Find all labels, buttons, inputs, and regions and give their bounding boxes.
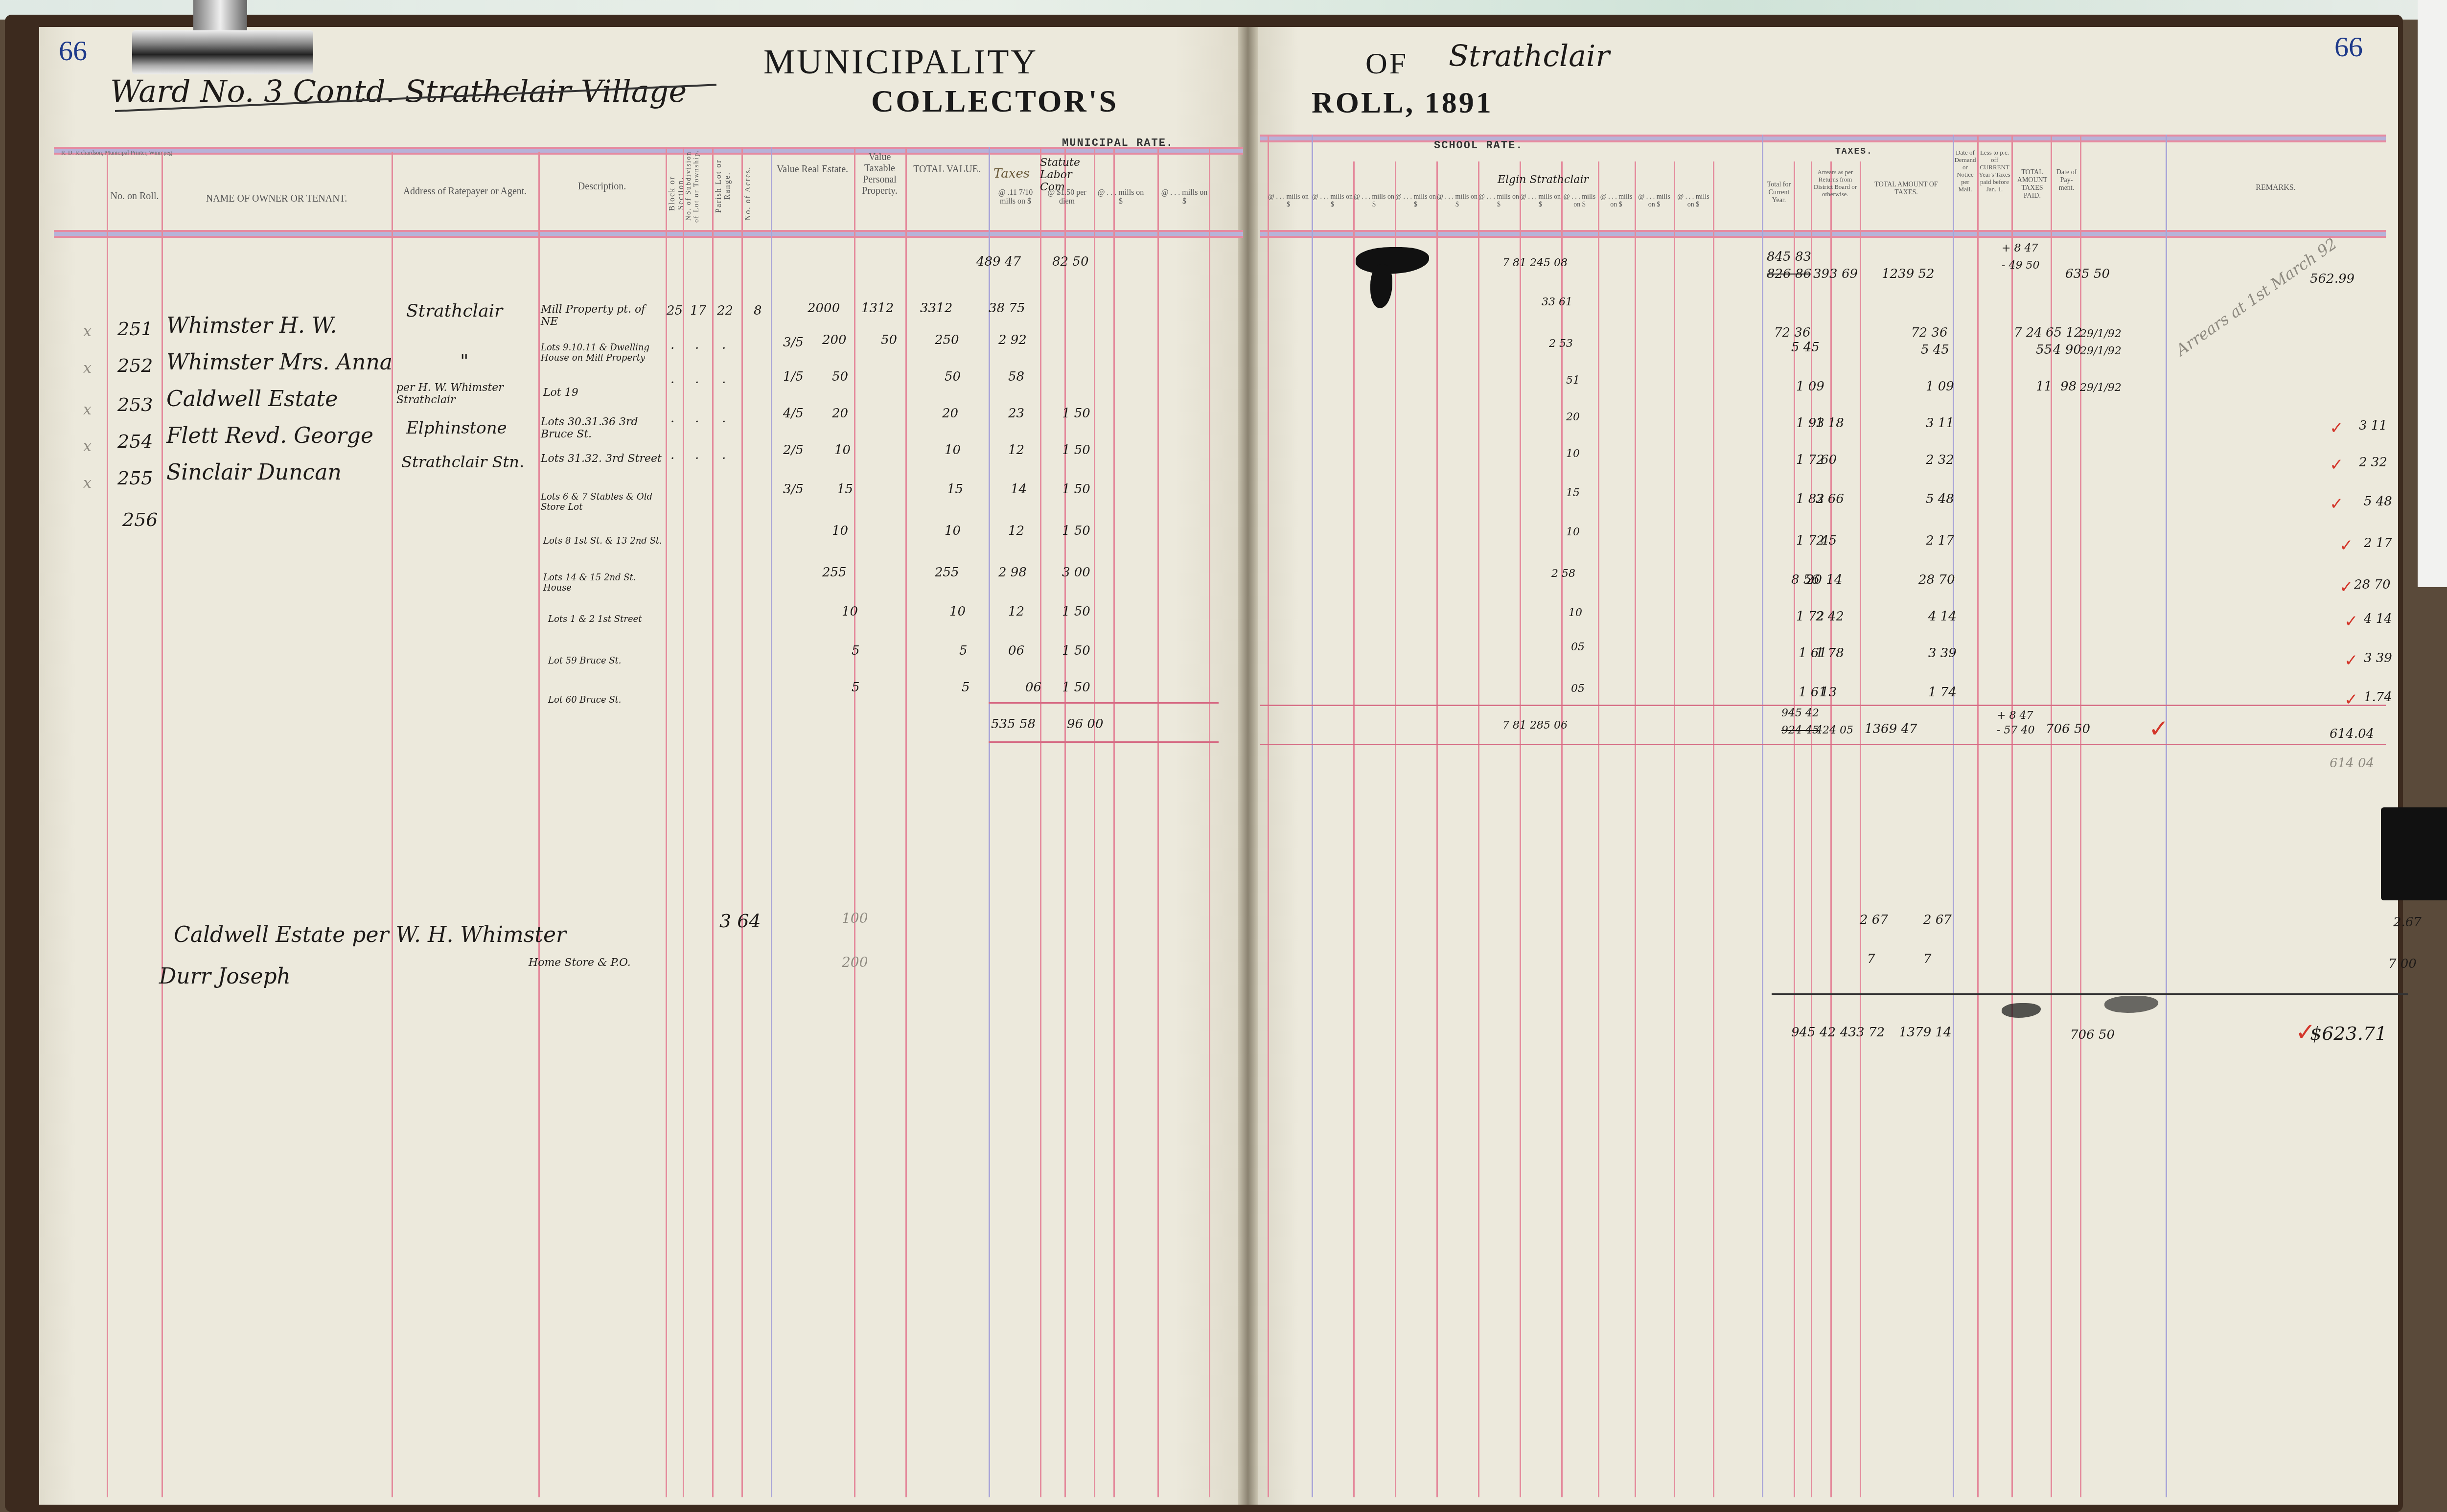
total-taxes: 3 39	[1928, 646, 1957, 661]
red-check-icon: ✓	[2330, 494, 2344, 514]
cf-arrears: 393 69	[1813, 267, 1858, 281]
late-entry-current: 7	[1867, 952, 1875, 966]
total-paid: 706 50	[2046, 722, 2090, 736]
school-tax: 10	[1566, 526, 1580, 538]
muni-tax: 12	[1008, 443, 1024, 458]
col-line	[1312, 135, 1313, 1497]
totals-rule-top-left	[989, 702, 1219, 704]
less-pc: 7 24	[2014, 325, 2042, 340]
col-line	[1635, 161, 1636, 1497]
col-line	[2011, 135, 2013, 1497]
description: Lots 30.31.36 3rd Bruce St.	[541, 416, 663, 440]
grand-arrears: 433 72	[1840, 1025, 1885, 1040]
school-tax: 20	[1566, 411, 1580, 423]
col-line	[1094, 147, 1095, 1497]
parish-lot: .	[722, 372, 726, 387]
cf-remarks: 562.99	[2310, 272, 2355, 286]
total-taxes: 4 14	[1928, 609, 1957, 624]
municipality-name: Strathclair	[1449, 39, 1610, 73]
row-mark: x	[83, 323, 92, 340]
parish-lot: .	[722, 411, 726, 426]
late-entry-left-amount: 3 64	[719, 910, 761, 932]
col-line	[1268, 135, 1269, 1497]
grand-current: 945 42	[1791, 1025, 1836, 1040]
header-muni-rate-2: @ $1.50 per diem	[1042, 188, 1091, 206]
value-real: 255	[822, 565, 847, 580]
muni-tax: 2 98	[998, 565, 1027, 580]
total-current: 72 36	[1774, 325, 1810, 340]
value-real: 2000	[808, 301, 840, 316]
owner-name: Caldwell Estate	[166, 387, 338, 412]
subdivision: .	[695, 338, 699, 352]
owner-name: Whimster H. W.	[166, 313, 337, 338]
roll-number: 252	[117, 355, 153, 376]
less-pc: 55	[2036, 343, 2052, 357]
total-arrears: 424 05	[1816, 724, 1853, 736]
statute-labor: 3 00	[1062, 565, 1090, 580]
late-entry-remark: 2.67	[2393, 915, 2422, 930]
acres: 1/5	[783, 369, 804, 384]
subdivision: .	[695, 411, 699, 426]
header-date-demand: Date of Demand or Notice per Mail.	[1954, 149, 1976, 193]
late-entry-total-taxes: 7	[1923, 952, 1932, 966]
acres: 3/5	[783, 482, 804, 497]
value-personal: 1312	[861, 301, 894, 316]
acres: 8	[754, 303, 762, 318]
title-municipality: MUNICIPALITY	[763, 42, 1038, 82]
total-statute: 96 00	[1067, 717, 1103, 732]
description: Mill Property pt. of NE	[541, 303, 663, 328]
col-line	[741, 147, 743, 1497]
totals-rule-bottom-right	[1260, 744, 2386, 745]
header-date-payment: Date of Pay-ment.	[2053, 169, 2080, 192]
muni-tax: 23	[1008, 406, 1024, 421]
school-tax: 51	[1566, 374, 1580, 387]
header-school-rate-cell: @ . . . mills on $	[1478, 193, 1520, 209]
header-block: Block or Section.	[668, 161, 682, 225]
school-tax: 05	[1571, 683, 1585, 695]
block: .	[670, 372, 674, 387]
statute-labor: 1 50	[1062, 604, 1090, 619]
late-entry-remark: 7 00	[2388, 957, 2417, 971]
date-paid: 29/1/92	[2080, 328, 2122, 340]
header-arrears: Arrears as per Returns from District Boa…	[1813, 169, 1857, 198]
school-tax: 10	[1566, 448, 1580, 460]
late-entry-name: Caldwell Estate per W. H. Whimster	[174, 922, 566, 947]
owner-name: Whimster Mrs. Anna	[166, 350, 392, 375]
grand-total-rule	[1772, 993, 2408, 995]
total-muni: 535 58	[991, 717, 1036, 732]
book-gutter	[1238, 27, 1258, 1505]
side-document	[2418, 0, 2447, 587]
subdivision: 17	[690, 303, 706, 318]
binder-clip-top	[132, 30, 313, 74]
cf-muni: 489 47	[976, 254, 1021, 269]
address: Elphinstone	[406, 418, 507, 438]
header-total-paid: TOTAL AMOUNT TAXES PAID.	[2014, 169, 2051, 200]
total-value: 10	[949, 604, 966, 619]
arrears: 3 66	[1816, 492, 1844, 506]
roll-number: 256	[122, 509, 158, 530]
cf-current-struck: 826 86	[1767, 267, 1811, 281]
header-muni-taxes: Taxes	[993, 166, 1030, 181]
taxes-paid: 65 12	[2046, 325, 2082, 340]
header-statute-labor: Statute Labor Com	[1040, 157, 1099, 193]
value-real: 5	[852, 643, 860, 658]
remark-amount: 2 17	[2364, 536, 2392, 550]
col-line	[1674, 161, 1675, 1497]
cf-total-amount: 1239 52	[1882, 267, 1935, 281]
clip-stem	[193, 0, 247, 34]
header-bottom-rule-right	[1260, 230, 2386, 238]
description: Lot 60 Bruce St.	[548, 695, 622, 705]
header-school-rate-cell: @ . . . mills on $	[1561, 193, 1598, 209]
col-line	[1953, 135, 1954, 1497]
muni-tax: 12	[1008, 524, 1024, 538]
acres: 3/5	[783, 335, 804, 350]
description: Lots 14 & 15 2nd St. House	[543, 573, 666, 593]
row-mark: x	[83, 360, 92, 377]
totals-rule-top-right	[1260, 705, 2386, 706]
header-school-rate-cell: @ . . . mills on $	[1598, 193, 1635, 209]
owner-name: Flett Revd. George	[166, 423, 373, 448]
grand-paid: 706 50	[2070, 1028, 2115, 1042]
late-entry-name: Durr Joseph	[159, 964, 291, 989]
col-line	[1157, 147, 1159, 1497]
col-line	[1353, 161, 1355, 1497]
total-value: 50	[945, 369, 961, 384]
value-real: 20	[832, 406, 848, 421]
title-of: OF	[1365, 46, 1408, 81]
roll-number: 255	[117, 467, 153, 489]
statute-labor: 1 50	[1062, 680, 1090, 695]
red-check-icon: ✓	[2148, 714, 2169, 743]
col-line	[1794, 161, 1795, 1497]
header-school-rate-cell: @ . . . mills on $	[1674, 193, 1713, 209]
header-acres: No. of Acres.	[744, 161, 768, 225]
address: Strathclair Stn.	[401, 453, 524, 471]
statute-labor: 1 50	[1062, 643, 1090, 658]
grand-remarks: $623.71	[2310, 1023, 2387, 1044]
header-municipal-rate: MUNICIPAL RATE.	[1062, 137, 1174, 149]
value-real: 10	[842, 604, 858, 619]
header-school-rate-cell: @ . . . mills on $	[1312, 193, 1353, 209]
remark-amount: 3 11	[2359, 418, 2387, 433]
header-less-pc: Less to p.c. off CURRENT Year's Taxes pa…	[1979, 149, 2010, 193]
cf-less-minus: - 49 50	[2002, 259, 2039, 272]
total-value: 15	[947, 482, 963, 497]
header-muni-rate-3: @ . . . mills on $	[1096, 188, 1145, 206]
late-entry-total-taxes: 2 67	[1923, 913, 1952, 927]
value-real: 200	[822, 333, 847, 347]
col-line	[1713, 161, 1714, 1497]
col-line	[1598, 161, 1599, 1497]
left-page	[39, 27, 1248, 1505]
taxes-paid: 98	[2060, 379, 2077, 394]
col-line	[538, 152, 540, 1497]
header-total-amount-taxes: TOTAL AMOUNT OF TAXES.	[1862, 181, 1950, 197]
total-taxes: 3 11	[1926, 416, 1954, 431]
col-line	[1064, 147, 1066, 1497]
school-tax: 2 53	[1549, 338, 1573, 350]
parish-lot: 22	[717, 303, 733, 318]
page-number-right: 66	[2334, 30, 2363, 63]
header-description: Description.	[541, 181, 663, 192]
col-line	[1811, 161, 1812, 1497]
block: 25	[667, 303, 683, 318]
header-school-rate-cell: @ . . . mills on $	[1635, 193, 1674, 209]
header-remarks: REMARKS.	[2168, 183, 2383, 192]
total-value: 255	[935, 565, 959, 580]
header-school-rate-cell: @ . . . mills on $	[1353, 193, 1395, 209]
col-line	[1830, 161, 1832, 1497]
col-line	[2166, 135, 2167, 1497]
col-line	[1395, 161, 1396, 1497]
total-taxes: 5 45	[1921, 343, 1949, 357]
parish-lot: .	[722, 448, 726, 462]
arrears: 60	[1821, 453, 1837, 467]
value-real: 15	[837, 482, 853, 497]
muni-tax: 14	[1011, 482, 1027, 497]
right-page	[1253, 27, 2398, 1505]
school-tax: 2 58	[1551, 568, 1575, 580]
description: Lots 9.10.11 & Dwelling House on Mill Pr…	[541, 343, 663, 363]
printer-credit: R. D. Richardson, Municipal Printer, Win…	[61, 149, 172, 157]
taxes-paid: 4 90	[2053, 343, 2081, 357]
header-muni-rate-4: @ . . . mills on $	[1160, 188, 1209, 206]
title-roll-year: ROLL, 1891	[1312, 86, 1493, 120]
red-check-icon: ✓	[2344, 690, 2358, 710]
arrears: 1 78	[1816, 646, 1844, 661]
remark-amount: 2 32	[2359, 455, 2387, 470]
remark-amount: 4 14	[2364, 612, 2392, 626]
header-taxes: TAXES.	[1835, 147, 1873, 157]
parish-lot: .	[722, 338, 726, 352]
header-school-district: Elgin Strathclair	[1498, 174, 1589, 186]
date-paid: 29/1/92	[2080, 345, 2122, 357]
cf-paid: 635 50	[2065, 267, 2110, 281]
description: Lots 8 1st St. & 13 2nd St.	[543, 536, 662, 546]
col-line	[683, 147, 684, 1497]
header-value-personal: Value Taxable Personal Property.	[856, 152, 903, 197]
header-value-real: Value Real Estate.	[773, 164, 852, 175]
total-value: 20	[942, 406, 958, 421]
block: .	[670, 338, 674, 352]
less-pc: 11	[2036, 379, 2052, 394]
header-total-value: TOTAL VALUE.	[908, 164, 986, 175]
description: Lot 19	[543, 387, 578, 399]
owner-name: Sinclair Duncan	[166, 460, 342, 485]
late-entry-address: Home Store & P.O.	[529, 957, 631, 969]
cf-less-plus: + 8 47	[2002, 242, 2038, 254]
col-line	[905, 147, 907, 1497]
statute-labor: 1 50	[1062, 482, 1090, 497]
arrears: 45	[1821, 533, 1837, 548]
total-taxes: 1 74	[1928, 685, 1957, 700]
address: Strathclair	[406, 301, 503, 321]
muni-tax: 58	[1008, 369, 1024, 384]
header-total-current-year: Total for Current Year.	[1764, 181, 1794, 205]
total-taxes: 2 32	[1926, 453, 1954, 467]
block: .	[670, 411, 674, 426]
red-check-icon: ✓	[2339, 577, 2354, 597]
total-less-plus: + 8 47	[1997, 710, 2033, 722]
roll-number: 251	[117, 318, 153, 340]
total-taxes: 5 48	[1926, 492, 1954, 506]
cf-school: 7 81 245 08	[1502, 257, 1568, 269]
total-taxes: 28 70	[1918, 573, 1955, 587]
total-value: 5	[959, 643, 968, 658]
col-line	[712, 147, 714, 1497]
col-line	[1860, 161, 1861, 1497]
school-tax: 10	[1569, 607, 1582, 619]
header-name: NAME OF OWNER OR TENANT.	[166, 193, 387, 205]
header-school-rate-cell: @ . . . mills on $	[1268, 193, 1309, 209]
total-taxes: 2 17	[1926, 533, 1954, 548]
header-school-rate: SCHOOL RATE.	[1434, 139, 1523, 152]
total-taxes-sum: 1369 47	[1865, 722, 1917, 736]
grand-total-taxes: 1379 14	[1899, 1025, 1952, 1040]
school-tax: 33 61	[1542, 296, 1572, 308]
statute-labor: 1 50	[1062, 406, 1090, 421]
col-line	[771, 147, 772, 1497]
description: Lot 59 Bruce St.	[548, 656, 622, 666]
school-tax: 15	[1566, 487, 1580, 499]
col-line	[1436, 161, 1438, 1497]
value-real: 50	[832, 369, 848, 384]
total-current: 1 09	[1796, 379, 1824, 394]
total-remarks: 614.04	[2330, 727, 2374, 741]
subdivision: .	[695, 448, 699, 462]
col-line	[1478, 161, 1479, 1497]
total-value: 3312	[920, 301, 952, 316]
totals-rule-bottom-left	[989, 741, 1219, 743]
date-paid: 29/1/92	[2080, 382, 2122, 394]
col-line	[1977, 135, 1979, 1497]
header-top-rule-right	[1260, 135, 2386, 142]
col-line	[1561, 161, 1563, 1497]
col-line	[989, 147, 990, 1497]
page-number-left: 66	[59, 34, 87, 67]
address: per H. W. Whimster Strathclair	[396, 382, 538, 406]
total-remarks-pencil: 614 04	[2330, 756, 2374, 771]
remark-amount: 1.74	[2364, 690, 2392, 705]
col-line	[1209, 147, 1210, 1497]
remark-amount: 5 48	[2364, 494, 2392, 509]
header-school-rate-cell: @ . . . mills on $	[1436, 193, 1478, 209]
roll-number: 254	[117, 431, 153, 452]
total-current-struck: 924 45	[1781, 724, 1819, 736]
total-current-corrected: 945 42	[1781, 707, 1819, 719]
total-current: 5 45	[1791, 340, 1820, 355]
acres: 2/5	[783, 443, 804, 458]
col-line	[854, 147, 855, 1497]
description: Lots 1 & 2 1st Street	[548, 614, 642, 624]
header-roll-no: No. on Roll.	[108, 191, 162, 202]
row-mark: x	[83, 438, 92, 455]
red-check-icon: ✓	[2330, 455, 2344, 475]
total-school: 7 81 285 06	[1502, 719, 1568, 732]
block: .	[670, 448, 674, 462]
total-value: 10	[945, 443, 961, 458]
col-line	[107, 152, 108, 1497]
description: Lots 6 & 7 Stables & Old Store Lot	[541, 492, 663, 512]
value-real: 10	[834, 443, 851, 458]
total-taxes: 1 09	[1926, 379, 1954, 394]
title-collectors: COLLECTOR'S	[871, 83, 1118, 119]
cf-statute: 82 50	[1052, 254, 1088, 269]
total-value: 250	[935, 333, 959, 347]
muni-tax: 12	[1008, 604, 1024, 619]
muni-tax: 06	[1008, 643, 1024, 658]
binder-clip-right	[2381, 807, 2447, 900]
remark-amount: 28 70	[2354, 577, 2390, 592]
ward-heading: Ward No. 3 Contd. Strathclair Village	[110, 73, 687, 109]
remark-amount: 3 39	[2364, 651, 2392, 665]
col-line	[666, 147, 667, 1497]
subdivision: .	[695, 372, 699, 387]
header-subdivision: No. of Subdivision of Lot or Township.	[685, 147, 710, 225]
acres: 4/5	[783, 406, 804, 421]
late-entry-pencil: 100	[842, 910, 868, 926]
row-mark: x	[83, 401, 92, 418]
col-line	[1040, 147, 1041, 1497]
statute-labor: 1 50	[1062, 443, 1090, 458]
total-less-minus: - 57 40	[1997, 724, 2034, 736]
arrears: 13	[1821, 685, 1837, 700]
red-check-icon: ✓	[2344, 651, 2358, 670]
header-muni-rate-1: @ .11 7/10 mills on $	[991, 188, 1040, 206]
arrears: 1 18	[1816, 416, 1844, 431]
red-check-icon: ✓	[2330, 418, 2344, 438]
cf-current-corrected: 845 83	[1767, 250, 1811, 264]
total-value: 10	[945, 524, 961, 538]
value-real: 5	[852, 680, 860, 695]
roll-number: 253	[117, 394, 153, 415]
header-address: Address of Ratepayer or Agent.	[394, 186, 536, 197]
arrears: 20 14	[1806, 573, 1842, 587]
address: "	[460, 350, 468, 371]
muni-tax: 38 75	[989, 301, 1025, 316]
col-line	[1113, 147, 1115, 1497]
col-line	[162, 152, 163, 1497]
header-parish-lot: Parish Lot or Range.	[715, 147, 739, 225]
value-personal: 50	[881, 333, 897, 347]
arrears: 2 42	[1816, 609, 1844, 624]
red-check-icon: ✓	[2339, 536, 2354, 555]
row-mark: x	[83, 475, 92, 492]
muni-tax: 06	[1025, 680, 1041, 695]
total-taxes: 72 36	[1911, 325, 1947, 340]
col-line	[1520, 161, 1521, 1497]
statute-labor: 1 50	[1062, 524, 1090, 538]
description: Lots 31.32. 3rd Street	[541, 453, 663, 465]
header-school-rate-cell: @ . . . mills on $	[1520, 193, 1561, 209]
header-school-rate-cell: @ . . . mills on $	[1395, 193, 1436, 209]
late-entry-pencil: 200	[842, 954, 868, 970]
total-value: 5	[962, 680, 970, 695]
red-check-icon: ✓	[2344, 612, 2358, 631]
late-entry-current: 2 67	[1860, 913, 1888, 927]
school-tax: 05	[1571, 641, 1585, 653]
col-line	[1762, 135, 1763, 1497]
muni-tax: 2 92	[998, 333, 1027, 347]
value-real: 10	[832, 524, 848, 538]
